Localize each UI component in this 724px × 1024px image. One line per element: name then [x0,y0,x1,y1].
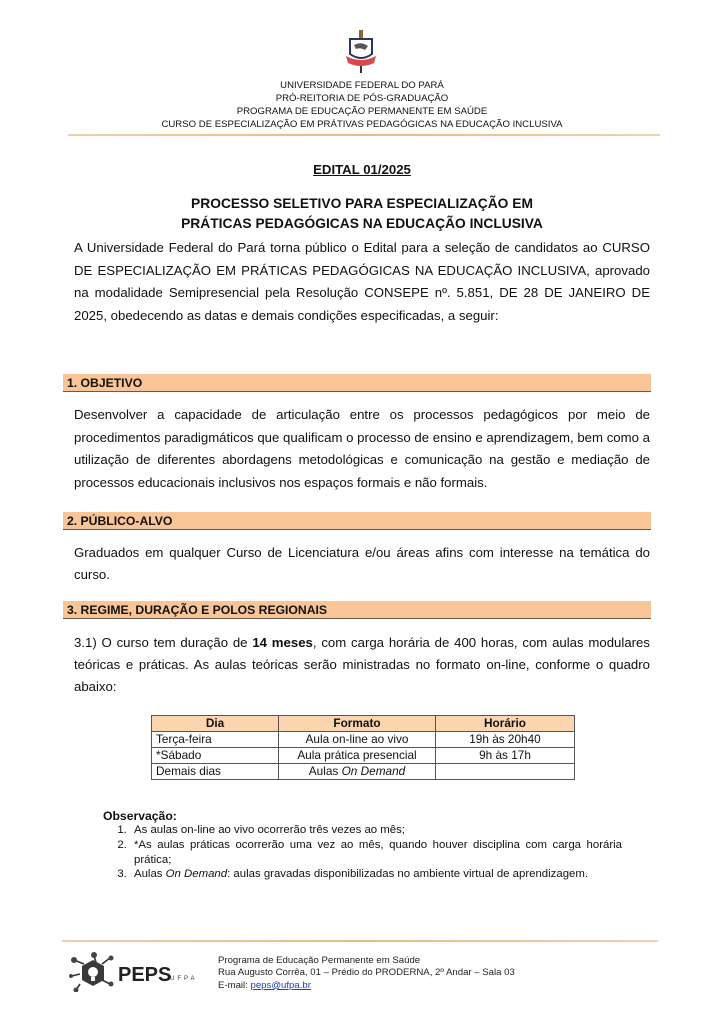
cell-dia: Demais dias [152,764,279,780]
header-line: UNIVERSIDADE FEDERAL DO PARÁ [0,79,724,92]
regime-text: 3.1) O curso tem duração de [74,635,252,650]
email-label: E-mail: [218,980,251,991]
objetivo-paragraph: Desenvolver a capacidade de articulação … [74,404,650,494]
cell-horario: 19h às 20h40 [436,732,575,748]
institution-header: UNIVERSIDADE FEDERAL DO PARÁ PRÓ-REITORI… [0,79,724,131]
intro-paragraph: A Universidade Federal do Pará torna púb… [74,237,650,327]
cell-horario: 9h às 17h [436,748,575,764]
observacao-title: Observação: [103,809,177,823]
email-link[interactable]: peps@ufpa.br [251,980,311,991]
header-divider [68,134,660,136]
regime-paragraph: 3.1) O curso tem duração de 14 meses, co… [74,632,650,698]
section-heading-regime: 3. REGIME, DURAÇÃO E POLOS REGIONAIS [63,601,651,619]
cell-formato: Aula on-line ao vivo [279,732,436,748]
list-item: As aulas on-line ao vivo ocorrerão três … [130,823,622,838]
footer-divider [62,940,658,942]
cell-formato: Aulas On Demand [279,764,436,780]
duration-highlight: 14 meses [252,635,313,650]
svg-text:PEPS: PEPS [118,964,171,986]
header-line: PRÓ-REITORIA DE PÓS-GRADUAÇÃO [0,92,724,105]
section-heading-publico-alvo: 2. PÚBLICO-ALVO [63,512,651,530]
cell-dia: Terça-feira [152,732,279,748]
list-item: Aulas On Demand: aulas gravadas disponib… [130,867,622,882]
cell-formato: Aula prática presencial [279,748,436,764]
cell-horario [436,764,575,780]
svg-text:UFPA: UFPA [170,976,198,982]
peps-logo-icon: PEPS UFPA [66,950,216,992]
footer-contact: Programa de Educação Permanente em Saúde… [218,955,515,992]
university-crest-icon [344,30,378,74]
document-title: PROCESSO SELETIVO PARA ESPECIALIZAÇÃO EM… [0,194,724,234]
footer-program: Programa de Educação Permanente em Saúde [218,955,515,967]
footer-email-line: E-mail: peps@ufpa.br [218,980,515,992]
list-item: *As aulas práticas ocorrerão uma vez ao … [130,838,622,868]
cell-dia: *Sábado [152,748,279,764]
column-header: Formato [279,716,436,732]
table-header-row: Dia Formato Horário [152,716,575,732]
schedule-table: Dia Formato Horário Terça-feira Aula on-… [151,715,575,780]
observacao-list: As aulas on-line ao vivo ocorrerão três … [108,823,622,882]
title-line: PRÁTICAS PEDAGÓGICAS NA EDUCAÇÃO INCLUSI… [0,214,724,234]
header-line: PROGRAMA DE EDUCAÇÃO PERMANENTE EM SAÚDE [0,105,724,118]
column-header: Horário [436,716,575,732]
edital-number: EDITAL 01/2025 [0,162,724,177]
publico-alvo-paragraph: Graduados em qualquer Curso de Licenciat… [74,542,650,586]
section-heading-objetivo: 1. OBJETIVO [63,374,651,392]
table-row: Terça-feira Aula on-line ao vivo 19h às … [152,732,575,748]
title-line: PROCESSO SELETIVO PARA ESPECIALIZAÇÃO EM [0,194,724,214]
column-header: Dia [152,716,279,732]
table-row: *Sábado Aula prática presencial 9h às 17… [152,748,575,764]
header-line: CURSO DE ESPECIALIZAÇÃO EM PRÁTIVAS PEDA… [0,118,724,131]
table-row: Demais dias Aulas On Demand [152,764,575,780]
footer-address: Rua Augusto Corrêa, 01 – Prédio do PRODE… [218,967,515,979]
